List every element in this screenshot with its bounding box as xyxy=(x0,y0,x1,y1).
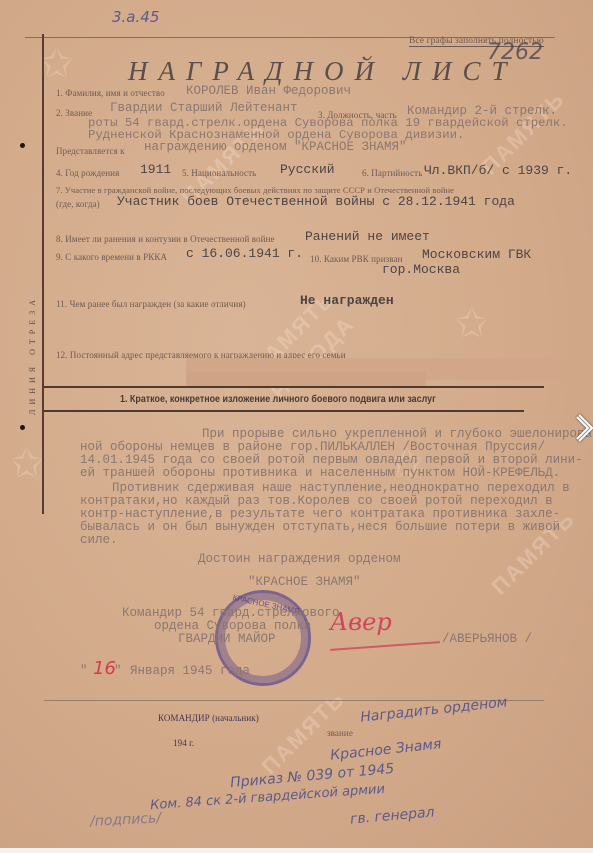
left-margin-rule xyxy=(42,34,44,514)
field-4-label: 4. Год рождения xyxy=(56,168,119,178)
section-1-heading: 1. Краткое, конкретное изложение личного… xyxy=(120,393,436,405)
presented-label: Представляется к xyxy=(56,146,125,156)
punch-hole xyxy=(20,425,25,430)
field-8-label: 8. Имеет ли ранения и контузии в Отечест… xyxy=(56,234,275,244)
narrative-line: контр-наступление,в результате чего конт… xyxy=(80,507,560,521)
narrative-line: ей траншей обороны противника и населенн… xyxy=(80,466,560,480)
handwritten-resolution: Красное Знамя xyxy=(329,736,442,764)
field-4-value: 1911 xyxy=(140,162,171,177)
commander-label: КОМАНДИР (начальник) xyxy=(158,713,259,723)
date-close-quote: " xyxy=(114,664,122,678)
narrative-line: ной обороны немцев в районе гор.ПИЛЬКАЛЛ… xyxy=(80,440,545,454)
next-page-button[interactable]: Next page xyxy=(574,412,593,444)
field-1-label: 1. Фамилия, имя и отчество xyxy=(56,88,165,98)
narrative-line: бывалась и он был вынужден отступать,нес… xyxy=(80,520,560,534)
presented-value: награждению орденом "КРАСНОЕ ЗНАМЯ" xyxy=(144,140,407,154)
field-10-value-line1: Московским ГВК xyxy=(422,247,531,262)
punch-hole xyxy=(20,143,25,148)
date-open-quote: " xyxy=(80,664,88,678)
watermark-star-icon: ✩ xyxy=(455,300,489,347)
field-5-label: 5. Национальность xyxy=(182,168,256,178)
signer-line3: ГВАРДИИ МАЙОР xyxy=(178,632,276,646)
rank-label: звание xyxy=(327,728,353,738)
chevron-right-icon xyxy=(575,413,593,443)
handwritten-resolution: /подпись/ xyxy=(90,810,162,830)
field-2-value: Гвардии Старший Лейтенант xyxy=(110,101,298,115)
page-title: НАГРАДНОЙ ЛИСТ xyxy=(128,56,518,87)
date-rest: Января 1945 года xyxy=(130,664,250,678)
narrative-line: силе. xyxy=(80,533,118,547)
field-10-value-line2: гор.Москва xyxy=(382,262,460,277)
section-rule-top xyxy=(44,386,544,388)
cut-line-label: ЛИНИЯ ОТРЕЗА xyxy=(28,295,37,415)
corner-note: 3.a.45 xyxy=(112,8,159,26)
narrative-line: При прорыве сильно укрепленной и глубоко… xyxy=(202,427,593,441)
year-label: 194 г. xyxy=(173,738,194,748)
field-6-label: 6. Партийность xyxy=(362,168,422,178)
watermark-star-icon: ✩ xyxy=(10,440,44,487)
watermark-star-icon: ✩ xyxy=(40,40,74,87)
field-1-value: КОРОЛЕВ Иван Федорович xyxy=(186,84,351,98)
narrative-line: Противник сдерживая наше наступление,нео… xyxy=(112,481,570,495)
conclusion-line2: "КРАСНОЕ ЗНАМЯ" xyxy=(248,575,361,589)
signer-line1: Командир 54 гвард.стрелкового xyxy=(122,606,340,620)
handwritten-resolution: гв. генерал xyxy=(349,804,435,827)
field-2-label: 2. Звание xyxy=(56,108,92,118)
field-9-label: 9. С какого времени в РККА xyxy=(56,252,167,262)
signature-stroke xyxy=(330,641,440,651)
date-day: 16 xyxy=(93,658,116,679)
section-rule-bottom xyxy=(44,410,524,412)
field-11-value: Не награжден xyxy=(300,293,394,308)
narrative-line: контратаки,но каждый раз тов.Королев со … xyxy=(80,494,553,508)
narrative-line: 14.01.1945 года со своей ротой первым ов… xyxy=(80,453,583,467)
signature: Авер xyxy=(330,608,392,636)
document-scan: ✩ ПАМЯТЬ ПАМЯТЬ ПАМЯТЬ НАРОДА ПАМЯТЬ ПАМ… xyxy=(0,0,593,848)
field-11-label: 11. Чем ранее был награжден (за какие от… xyxy=(56,299,246,309)
field-8-value: Ранений не имеет xyxy=(305,229,430,244)
field-7-label-2: (где, когда) xyxy=(56,199,100,209)
viewer-bottom-edge xyxy=(0,848,593,853)
signer-line2: ордена Суворова полка xyxy=(154,619,312,633)
field-5-value: Русский xyxy=(280,162,335,177)
field-7-value: Участник боев Отечественной войны с 28.1… xyxy=(117,194,515,209)
signer-name: /АВЕРЬЯНОВ / xyxy=(442,632,532,646)
conclusion-line1: Достоин награждения орденом xyxy=(198,552,401,566)
field-6-value: Чл.ВКП/б/ с 1939 г. xyxy=(424,163,572,178)
field-9-value: с 16.06.1941 г. xyxy=(186,246,303,261)
